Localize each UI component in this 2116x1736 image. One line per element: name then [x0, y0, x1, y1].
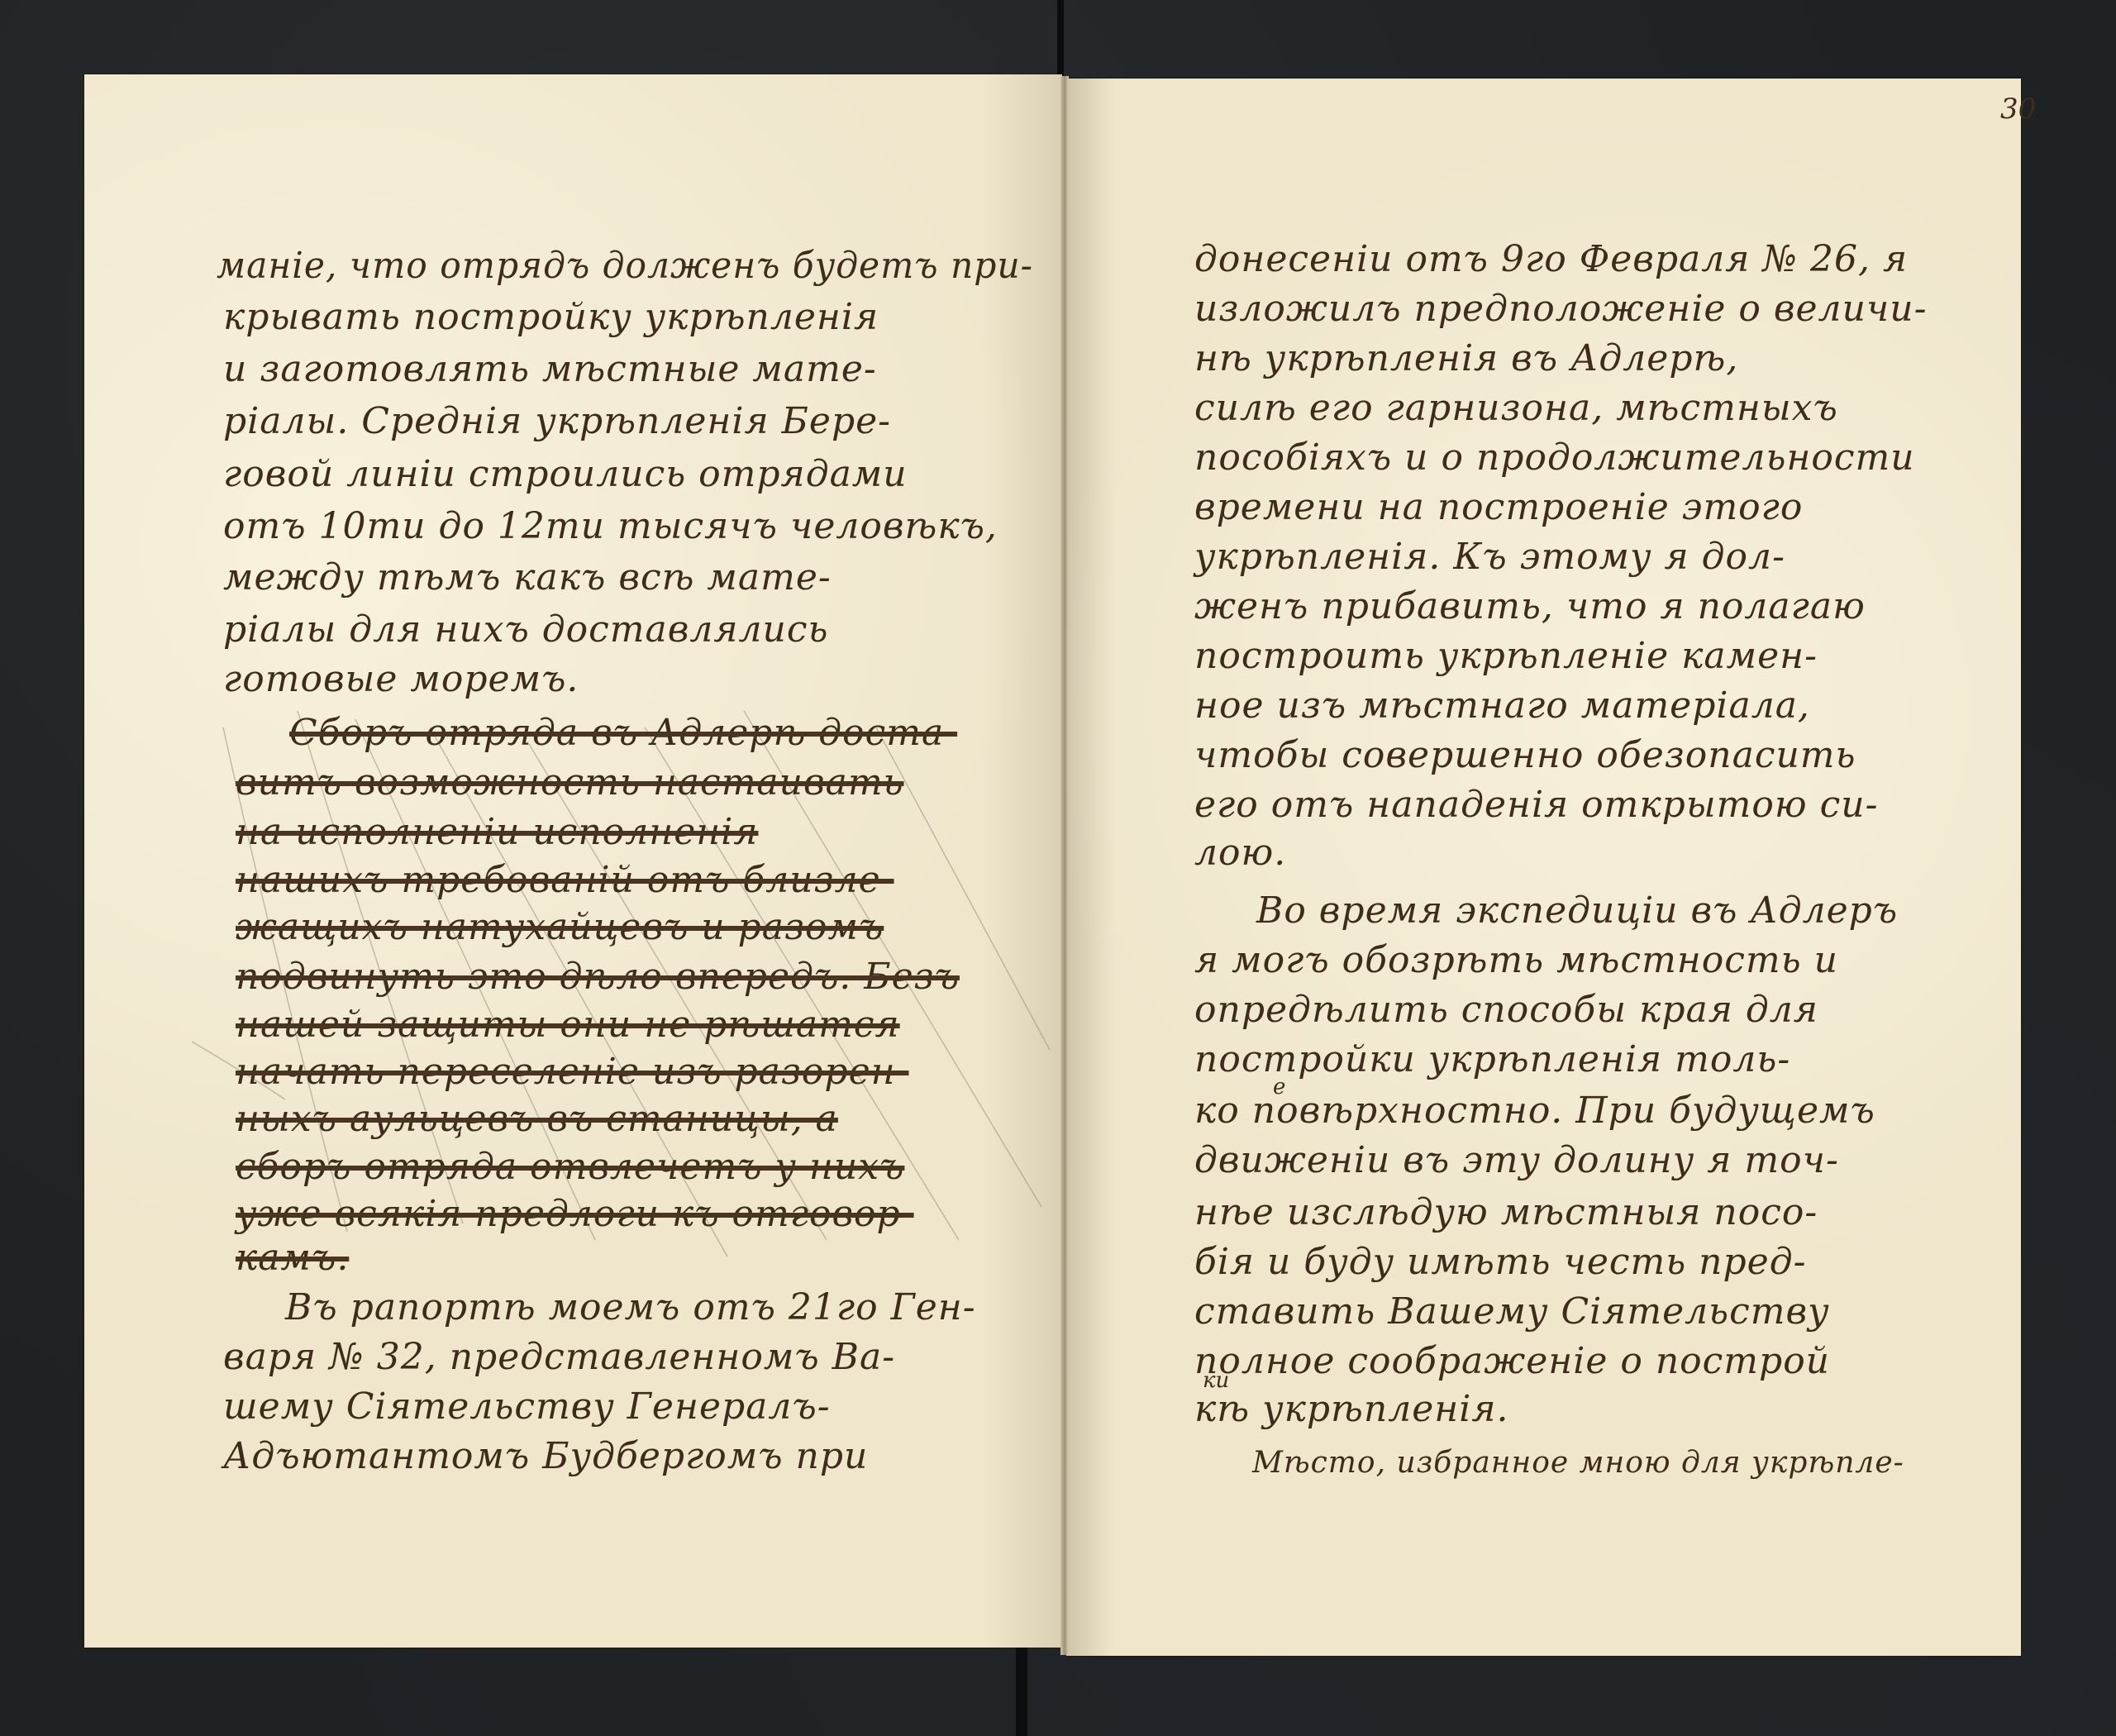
struck-line: камъ. [236, 1240, 349, 1276]
text-line: движеніи въ эту долину я точ- [1194, 1142, 1839, 1179]
text-line: Мѣсто, избранное мною для укрѣпле- [1252, 1448, 1904, 1478]
text-line: я могъ обозрѣть мѣстность и [1194, 942, 1838, 979]
text-line: шему Сіятельству Генералъ- [223, 1389, 831, 1425]
struck-line: нашей защиты они не рѣшатся [236, 1007, 900, 1043]
struck-line: начать переселеніе изъ разорен- [236, 1054, 908, 1090]
text-line: ное изъ мѣстнаго матеріала, [1194, 688, 1810, 724]
text-line: построить укрѣпленіе камен- [1194, 638, 1818, 675]
backdrop-gap-top [1057, 0, 1064, 76]
struck-line: уже всякія предлоги къ отговор- [236, 1196, 914, 1233]
text-line: лою. [1194, 835, 1286, 871]
struck-line: витъ возможность настаивать [236, 765, 904, 801]
struck-line: жащихъ натухайцевъ и разомъ [236, 909, 884, 946]
struck-line: на исполненіи исполненія [236, 814, 758, 851]
text-line: ріалы для нихъ доставлялись [223, 612, 828, 648]
text-line: маніе, что отрядъ долженъ будетъ при- [217, 248, 1033, 284]
interlinear-correction: е [1273, 1075, 1285, 1099]
text-line: пособіяхъ и о продолжительности [1194, 440, 1915, 476]
text-line: времени на построеніе этого [1194, 489, 1803, 526]
text-line: Адъютантомъ Будбергомъ при [223, 1438, 868, 1475]
text-line: Во время экспедиціи въ Адлеръ [1256, 893, 1898, 929]
text-line: силѣ его гарнизона, мѣстныхъ [1194, 390, 1838, 427]
struck-line: подвинуть это дѣло впередъ. Безъ [236, 959, 960, 995]
struck-line: сборъ отряда отвлечетъ у нихъ [236, 1149, 904, 1185]
text-line: ко повѣрхностно. При будущемъ [1194, 1093, 1875, 1129]
text-line: донесеніи отъ 9го Февраля № 26, я [1194, 241, 1908, 278]
text-line: варя № 32, представленномъ Ва- [223, 1339, 895, 1376]
text-line: его отъ нападенія открытою си- [1194, 787, 1878, 823]
struck-line: Сборъ отряда въ Адлерѣ доста- [289, 715, 957, 751]
text-line: постройки укрѣпленія толь- [1194, 1042, 1790, 1078]
text-line: готовые моремъ. [223, 661, 579, 698]
text-line: и заготовлять мѣстные мате- [223, 351, 877, 388]
text-line: нѣе изслѣдую мѣстныя посо- [1194, 1195, 1818, 1231]
text-line: изложилъ предположеніе о величи- [1194, 291, 1927, 327]
struck-line: нашихъ требованій отъ близле- [236, 862, 894, 899]
text-line: кѣ укрѣпленія. [1194, 1391, 1508, 1428]
text-line: бія и буду имѣть честь пред- [1194, 1244, 1806, 1281]
folio-number: 30 [2000, 93, 2036, 126]
backdrop-gap [1016, 1648, 1027, 1736]
text-line: Въ рапортѣ моемъ отъ 21го Ген- [285, 1290, 976, 1326]
text-line: нѣ укрѣпленія въ Адлерѣ, [1194, 341, 1738, 377]
struck-line: ныхъ аульцевъ въ станицы, а [236, 1101, 838, 1137]
text-line: говой линіи строились отрядами [223, 456, 908, 493]
text-line: опредѣлить способы края для [1194, 992, 1818, 1028]
text-line: ставить Вашему Сіятельству [1194, 1294, 1830, 1330]
book-spine [1060, 76, 1069, 1655]
text-line: чтобы совершенно обезопасить [1194, 737, 1856, 774]
text-line: укрѣпленія. Къ этому я дол- [1194, 539, 1785, 575]
text-line: полное соображеніе о построй [1194, 1343, 1830, 1380]
text-line: ріалы. Среднія укрѣпленія Бере- [223, 403, 891, 440]
text-line: женъ прибавить, что я полагаю [1194, 589, 1866, 625]
text-line: отъ 10ти до 12ти тысячъ человѣкъ, [223, 508, 998, 545]
text-line: крывать постройку укрѣпленія [223, 299, 879, 336]
interlinear-correction: ки [1203, 1368, 1229, 1393]
text-line: между тѣмъ какъ всѣ мате- [223, 560, 832, 596]
